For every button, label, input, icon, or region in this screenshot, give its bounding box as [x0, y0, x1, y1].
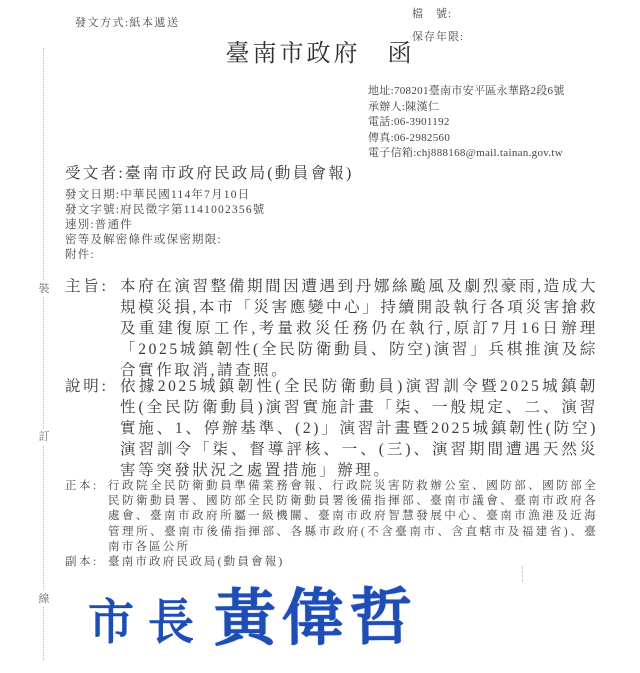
document-meta-block: 發文日期:中華民國114年7月10日 發文字號:府民徵字第1141002356號…: [65, 188, 265, 263]
security-level: 密等及解密條件或保密期限:: [65, 233, 265, 248]
distribution-block: 正本: 行政院全民防衛動員準備業務會報、行政院災害防救辦公室、國防部、國防部全民…: [65, 479, 598, 570]
original-label: 正本:: [65, 479, 99, 494]
subject-text: 本府在演習整備期間因遭遇到丹娜絲颱風及劇烈豪雨,造成大規模災損,本市「災害應變中…: [120, 276, 598, 381]
scan-artifact: [522, 566, 523, 582]
binding-dotted-line: [43, 48, 44, 660]
copy-recipients: 臺南市政府民政局(動員會報): [108, 555, 598, 570]
sender-officer: 承辦人:陳漢仁: [368, 100, 614, 116]
explanation-section: 說明: 依據2025城鎮韌性(全民防衛動員)演習訓令暨2025城鎮韌性(全民防衛…: [65, 376, 598, 481]
delivery-method: 發文方式:紙本遞送: [75, 14, 180, 30]
binding-mark-zhuang: 裝: [37, 280, 51, 296]
document-title: 臺南市政府 函: [0, 42, 640, 66]
sender-fax: 傳真:06-2982560: [368, 131, 614, 147]
mayor-name-stamp: 黃偉哲: [214, 587, 419, 651]
priority: 速別:普通件: [65, 218, 265, 233]
attachment: 附件:: [65, 248, 265, 263]
original-recipients: 行政院全民防衛動員準備業務會報、行政院災害防救辦公室、國防部、國防部全民防衛動員…: [108, 479, 598, 555]
copy-recipients-row: 副本: 臺南市政府民政局(動員會報): [65, 555, 598, 570]
signature: 市長 黃偉哲: [88, 588, 418, 650]
official-letter-page: 裝 訂 線 發文方式:紙本遞送 檔 號: 保存年限: 臺南市政府 函 地址:70…: [0, 0, 640, 673]
subject-label: 主旨:: [65, 276, 109, 297]
file-number-label: 檔 號:: [412, 5, 452, 21]
copy-label: 副本:: [65, 555, 99, 570]
explanation-text: 依據2025城鎮韌性(全民防衛動員)演習訓令暨2025城鎮韌性(全民防衛動員)演…: [120, 376, 598, 481]
doc-number: 發文字號:府民徵字第1141002356號: [65, 203, 265, 218]
recipient-line: 受文者:臺南市政府民政局(動員會報): [65, 161, 354, 183]
issue-date: 發文日期:中華民國114年7月10日: [65, 188, 265, 203]
original-recipients-row: 正本: 行政院全民防衛動員準備業務會報、行政院災害防救辦公室、國防部、國防部全民…: [65, 479, 598, 555]
binding-mark-ding: 訂: [37, 428, 51, 444]
explanation-label: 說明:: [65, 376, 109, 397]
subject-section: 主旨: 本府在演習整備期間因遭遇到丹娜絲颱風及劇烈豪雨,造成大規模災損,本市「災…: [65, 276, 598, 381]
sender-phone: 電話:06-3901192: [368, 115, 614, 131]
sender-info-block: 地址:708201臺南市安平區永華路2段6號 承辦人:陳漢仁 電話:06-390…: [368, 84, 614, 162]
sender-email: 電子信箱:chj888168@mail.tainan.gov.tw: [368, 146, 614, 162]
mayor-title: 市長: [88, 599, 208, 647]
binding-mark-xian: 線: [37, 590, 51, 606]
sender-address: 地址:708201臺南市安平區永華路2段6號: [368, 84, 614, 100]
